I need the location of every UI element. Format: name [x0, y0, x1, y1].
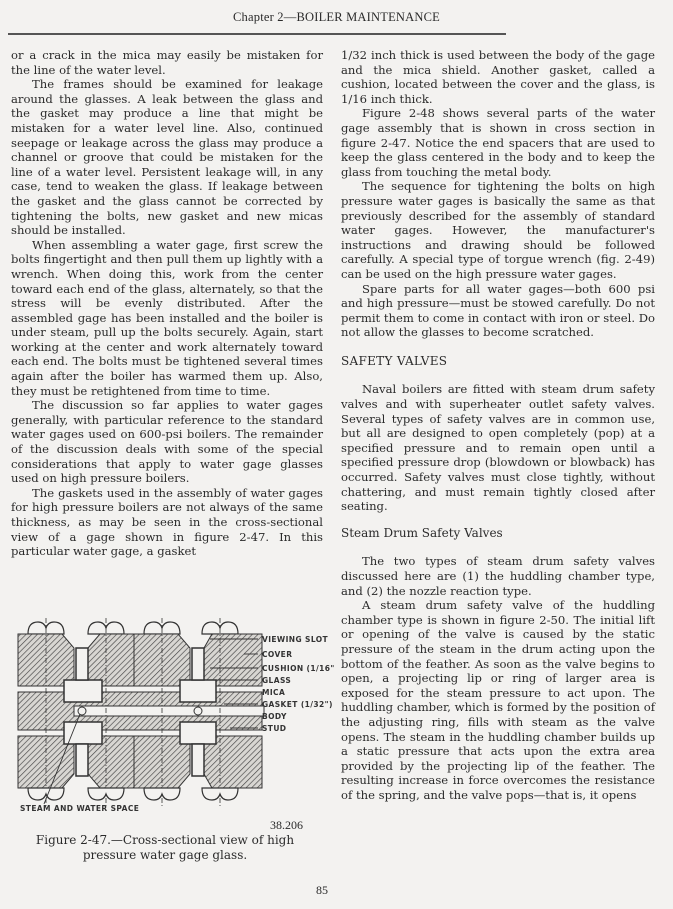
label-stud: STUD — [262, 724, 286, 733]
section-heading: SAFETY VALVES — [341, 354, 655, 369]
label-cushion: CUSHION (1/16") — [262, 664, 334, 673]
label-cover: COVER — [262, 650, 292, 659]
figure-number: 38.206 — [270, 818, 303, 833]
figure-caption: Figure 2-47.—Cross-sectional view of hig… — [30, 833, 300, 863]
subsection-heading: Steam Drum Safety Valves — [341, 526, 655, 541]
paragraph: Naval boilers are fitted with steam drum… — [341, 382, 655, 513]
paragraph: or a crack in the mica may easily be mis… — [11, 48, 323, 77]
header-rule — [8, 33, 506, 35]
paragraph: When assembling a water gage, first scre… — [11, 238, 323, 399]
label-mica: MICA — [262, 688, 285, 697]
paragraph: The sequence for tightening the bolts on… — [341, 179, 655, 281]
chapter-header: Chapter 2—BOILER MAINTENANCE — [0, 10, 673, 25]
label-body: BODY — [262, 712, 287, 721]
paragraph: Figure 2-48 shows several parts of the w… — [341, 106, 655, 179]
paragraph: 1/32 inch thick is used between the body… — [341, 48, 655, 106]
figure-2-47-diagram: VIEWING SLOT COVER CUSHION (1/16") GLASS… — [14, 612, 334, 812]
paragraph: The two types of steam drum safety valve… — [341, 554, 655, 598]
label-steam-water-space: STEAM AND WATER SPACE — [20, 804, 139, 812]
label-glass: GLASS — [262, 676, 291, 685]
paragraph: A steam drum safety valve of the huddlin… — [341, 598, 655, 802]
label-viewing-slot: VIEWING SLOT — [262, 635, 329, 644]
paragraph: The frames should be examined for leakag… — [11, 77, 323, 238]
paragraph: The gaskets used in the assembly of wate… — [11, 486, 323, 559]
paragraph: The discussion so far applies to water g… — [11, 398, 323, 486]
page-number: 85 — [316, 883, 328, 898]
right-column: 1/32 inch thick is used between the body… — [341, 48, 655, 803]
label-gasket: GASKET (1/32") — [262, 700, 333, 709]
left-column: or a crack in the mica may easily be mis… — [11, 48, 323, 559]
paragraph: Spare parts for all water gages—both 600… — [341, 282, 655, 340]
